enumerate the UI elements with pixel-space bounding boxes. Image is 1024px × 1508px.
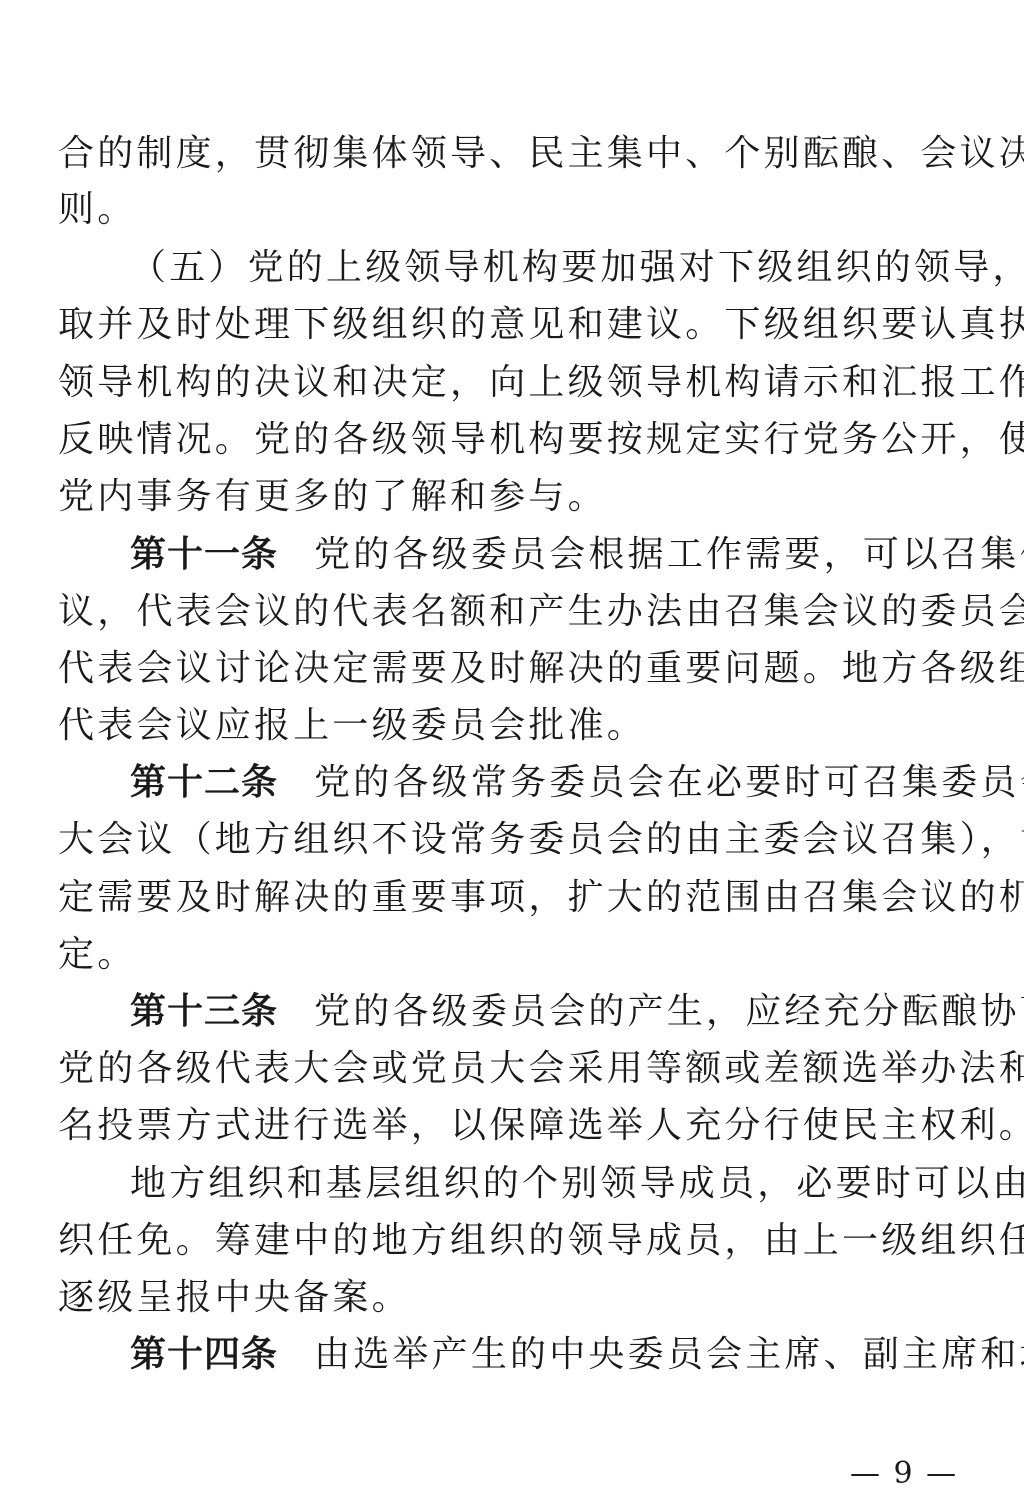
text-line: 领导机构的决议和决定，向上级领导机构请示和汇报工作，如实	[58, 361, 974, 405]
text-line: 议，代表会议的代表名额和产生办法由召集会议的委员会决定。	[58, 590, 974, 634]
text-line: 织任免。筹建中的地方组织的领导成员，由上一级组织任免，并	[58, 1219, 974, 1263]
line-text: 代表会议应报上一级委员会批准。	[58, 705, 646, 746]
paragraph-start-line: 地方组织和基层组织的个别领导成员，必要时可以由上级组	[130, 1162, 974, 1206]
line-text: 党的各级代表大会或党员大会采用等额或差额选举办法和无记	[58, 1048, 1024, 1089]
text-line: 则。	[58, 188, 974, 232]
article-13-line: 第十三条党的各级委员会的产生，应经充分酝酿协商，由	[130, 990, 974, 1034]
line-text: 领导机构的决议和决定，向上级领导机构请示和汇报工作，如实	[58, 362, 1024, 403]
line-text: 地方组织和基层组织的个别领导成员，必要时可以由上级组	[130, 1163, 1024, 1204]
text-line: 反映情况。党的各级领导机构要按规定实行党务公开，使党员对	[58, 418, 974, 462]
line-text: 党的各级委员会的产生，应经充分酝酿协商，由	[314, 991, 1024, 1032]
document-page: 合的制度，贯彻集体领导、民主集中、个别酝酿、会议决定的原 则。 （五）党的上级领…	[0, 0, 1024, 1508]
line-text: 由选举产生的中央委员会主席、副主席和地方各	[314, 1334, 1024, 1375]
article-14-line: 第十四条由选举产生的中央委员会主席、副主席和地方各	[130, 1333, 974, 1377]
text-line: 代表会议讨论决定需要及时解决的重要问题。地方各级组织召开	[58, 647, 974, 691]
line-text: 逐级呈报中央备案。	[58, 1277, 411, 1318]
line-text: 代表会议讨论决定需要及时解决的重要问题。地方各级组织召开	[58, 648, 1024, 689]
line-text: 议，代表会议的代表名额和产生办法由召集会议的委员会决定。	[58, 591, 1024, 632]
article-heading: 第十四条	[130, 1334, 278, 1375]
line-text: 名投票方式进行选举，以保障选举人充分行使民主权利。	[58, 1105, 1024, 1146]
line-text: 大会议（地方组织不设常务委员会的由主委会议召集），讨论决	[58, 819, 1024, 860]
text-line: 合的制度，贯彻集体领导、民主集中、个别酝酿、会议决定的原	[58, 132, 974, 176]
line-text: 则。	[58, 189, 136, 230]
article-12-line: 第十二条党的各级常务委员会在必要时可召集委员会扩	[130, 761, 974, 805]
line-text: 党的各级常务委员会在必要时可召集委员会扩	[314, 762, 1024, 803]
line-text: 定需要及时解决的重要事项，扩大的范围由召集会议的机构决	[58, 877, 1024, 918]
line-text: 反映情况。党的各级领导机构要按规定实行党务公开，使党员对	[58, 419, 1024, 460]
text-line: 取并及时处理下级组织的意见和建议。下级组织要认真执行上级	[58, 303, 974, 347]
paragraph-start-line: （五）党的上级领导机构要加强对下级组织的领导，经常听	[130, 246, 974, 290]
line-text: 合的制度，贯彻集体领导、民主集中、个别酝酿、会议决定的原	[58, 133, 1024, 174]
line-text: 党的各级委员会根据工作需要，可以召集代表会	[314, 534, 1024, 575]
line-text: （五）党的上级领导机构要加强对下级组织的领导，经常听	[130, 247, 1024, 288]
page-number: — 9 —	[850, 1456, 958, 1492]
article-11-line: 第十一条党的各级委员会根据工作需要，可以召集代表会	[130, 533, 974, 577]
text-line: 代表会议应报上一级委员会批准。	[58, 704, 974, 748]
text-line: 党的各级代表大会或党员大会采用等额或差额选举办法和无记	[58, 1047, 974, 1091]
text-line: 大会议（地方组织不设常务委员会的由主委会议召集），讨论决	[58, 818, 974, 862]
line-text: 织任免。筹建中的地方组织的领导成员，由上一级组织任免，并	[58, 1220, 1024, 1261]
text-line: 逐级呈报中央备案。	[58, 1276, 974, 1320]
text-line: 定需要及时解决的重要事项，扩大的范围由召集会议的机构决	[58, 876, 974, 920]
article-heading: 第十三条	[130, 991, 278, 1032]
text-line: 名投票方式进行选举，以保障选举人充分行使民主权利。	[58, 1104, 974, 1148]
line-text: 定。	[58, 934, 136, 975]
line-text: 党内事务有更多的了解和参与。	[58, 476, 607, 517]
article-heading: 第十一条	[130, 534, 278, 575]
text-line: 党内事务有更多的了解和参与。	[58, 475, 974, 519]
text-line: 定。	[58, 933, 974, 977]
article-heading: 第十二条	[130, 762, 278, 803]
line-text: 取并及时处理下级组织的意见和建议。下级组织要认真执行上级	[58, 304, 1024, 345]
